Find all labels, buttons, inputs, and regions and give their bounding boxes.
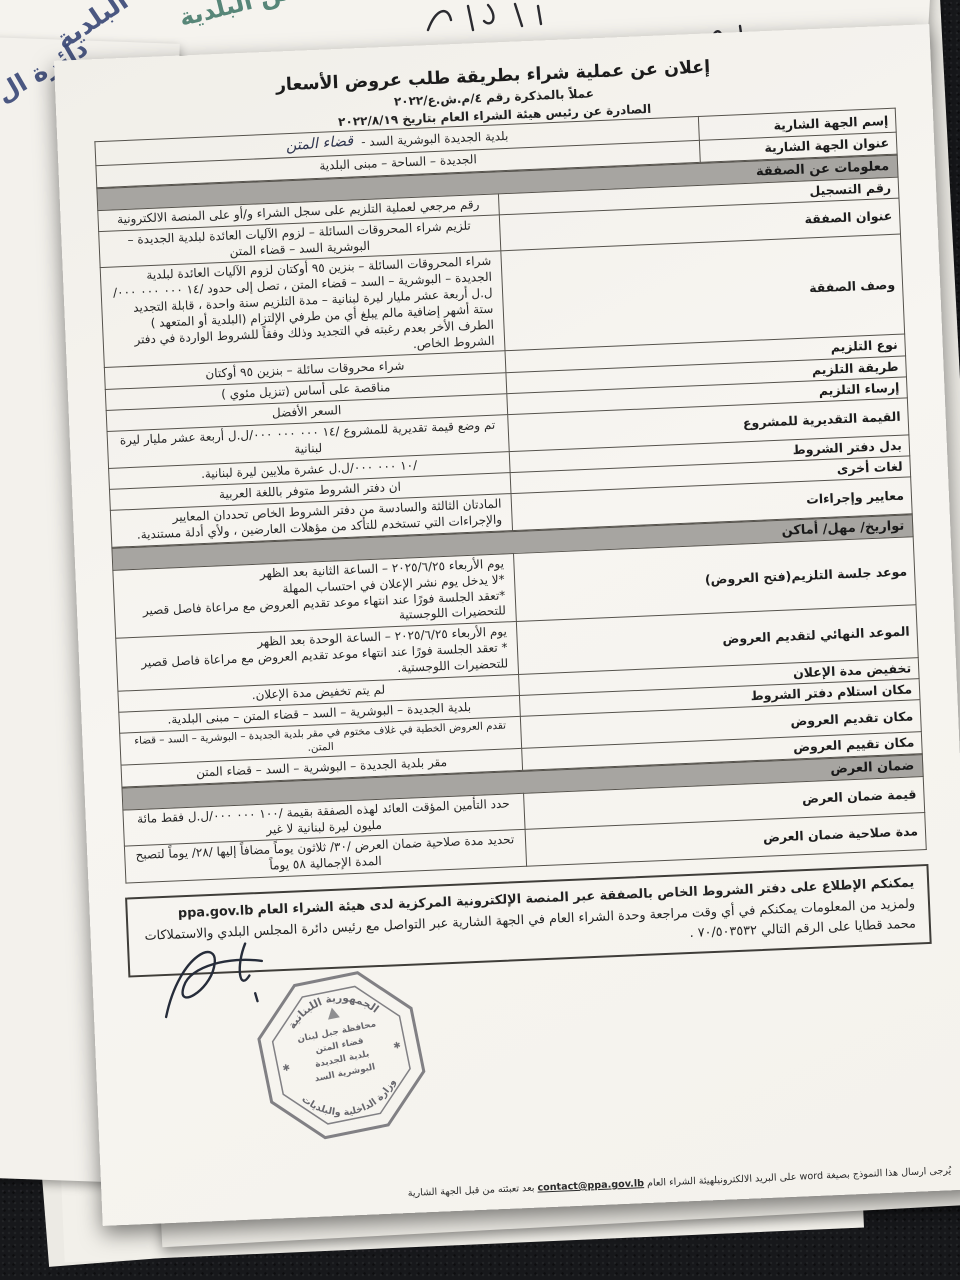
footer-text-before: يُرجى ارسال هذا النموذج بصيغة word على ا…	[647, 1165, 952, 1189]
handwritten-value: قضاء المتن	[285, 132, 354, 156]
printed-value: بلدية الجديدة البوشرية السد -	[361, 129, 509, 149]
stamp-star-icon: ✱	[282, 1063, 291, 1074]
row-value: شراء المحروقات السائلة – بنزين ٩٥ أوكتان…	[100, 251, 504, 368]
deal-info-table: معلومات عن الصفقة رقم التسجيل رقم مرجعي …	[96, 154, 912, 548]
municipality-stamp: الجمهورية اللبنانية وزارة الداخلية والبل…	[238, 952, 444, 1158]
stamp-star-icon: ✱	[393, 1041, 402, 1052]
dates-places-table: تواريخ/ مهل/ أماكن موعد جلسة التلزيم(فتح…	[111, 514, 922, 787]
footer-text-after: بعد تعبئته من قبل الجهة الشارية	[408, 1183, 535, 1199]
photo-of-document: { "photo": { "handwriting": { "fragment1…	[0, 0, 960, 1280]
document-sheet: إعلان عن عملية شراء بطريقة طلب عروض الأس…	[54, 24, 960, 1226]
pen-scribble-icon	[418, 0, 568, 42]
contact-email: contact@ppa.gov.lb	[537, 1178, 644, 1193]
cedar-emblem-icon	[326, 1006, 340, 1019]
ppa-url: ppa.gov.lb	[178, 903, 254, 921]
row-label: وصف الصفقة	[500, 234, 904, 351]
